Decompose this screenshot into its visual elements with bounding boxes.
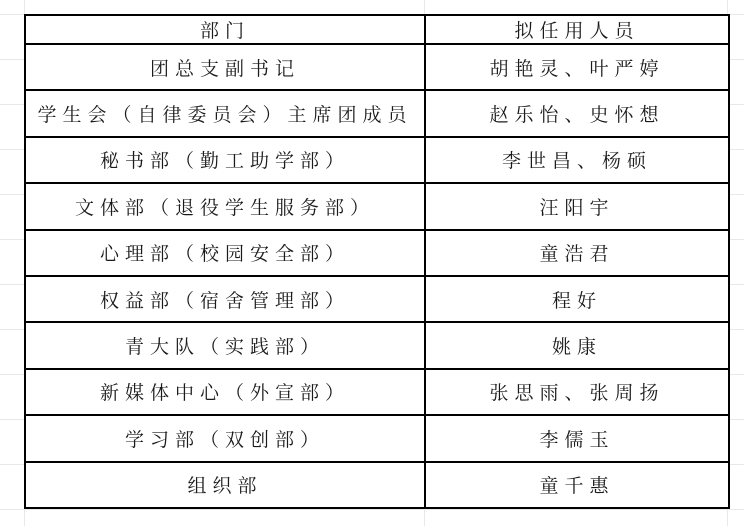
- column-header-personnel[interactable]: 拟任用人员: [425, 15, 729, 44]
- table-row: 心理部（校园安全部） 童浩君: [25, 230, 729, 276]
- department-cell[interactable]: 青大队（实践部）: [25, 322, 425, 368]
- department-cell[interactable]: 团总支副书记: [25, 44, 425, 90]
- department-cell[interactable]: 学习部（双创部）: [25, 415, 425, 461]
- table-row: 新媒体中心（外宣部） 张思雨、张周扬: [25, 369, 729, 415]
- personnel-cell[interactable]: 胡艳灵、叶严婷: [425, 44, 729, 90]
- department-cell[interactable]: 组织部: [25, 462, 425, 508]
- department-cell[interactable]: 文体部（退役学生服务部）: [25, 183, 425, 229]
- department-cell[interactable]: 新媒体中心（外宣部）: [25, 369, 425, 415]
- table-row: 文体部（退役学生服务部） 汪阳宇: [25, 183, 729, 229]
- table-row: 秘书部（勤工助学部） 李世昌、杨硕: [25, 137, 729, 183]
- personnel-cell[interactable]: 姚康: [425, 322, 729, 368]
- personnel-cell[interactable]: 汪阳宇: [425, 183, 729, 229]
- personnel-cell[interactable]: 张思雨、张周扬: [425, 369, 729, 415]
- table-header-row: 部门 拟任用人员: [25, 15, 729, 44]
- table-row: 权益部（宿舍管理部） 程好: [25, 276, 729, 322]
- personnel-cell[interactable]: 童千惠: [425, 462, 729, 508]
- table-row: 组织部 童千惠: [25, 462, 729, 508]
- appointment-table: 部门 拟任用人员 团总支副书记 胡艳灵、叶严婷 学生会（自律委员会）主席团成员 …: [24, 14, 730, 509]
- department-cell[interactable]: 心理部（校园安全部）: [25, 230, 425, 276]
- table-row: 学习部（双创部） 李儒玉: [25, 415, 729, 461]
- personnel-cell[interactable]: 童浩君: [425, 230, 729, 276]
- table-row: 学生会（自律委员会）主席团成员 赵乐怡、史怀想: [25, 90, 729, 136]
- department-cell[interactable]: 学生会（自律委员会）主席团成员: [25, 90, 425, 136]
- table-row: 青大队（实践部） 姚康: [25, 322, 729, 368]
- spreadsheet-canvas: 部门 拟任用人员 团总支副书记 胡艳灵、叶严婷 学生会（自律委员会）主席团成员 …: [0, 0, 744, 526]
- column-header-department[interactable]: 部门: [25, 15, 425, 44]
- personnel-cell[interactable]: 李儒玉: [425, 415, 729, 461]
- department-cell[interactable]: 权益部（宿舍管理部）: [25, 276, 425, 322]
- department-cell[interactable]: 秘书部（勤工助学部）: [25, 137, 425, 183]
- table-row: 团总支副书记 胡艳灵、叶严婷: [25, 44, 729, 90]
- personnel-cell[interactable]: 李世昌、杨硕: [425, 137, 729, 183]
- personnel-cell[interactable]: 赵乐怡、史怀想: [425, 90, 729, 136]
- personnel-cell[interactable]: 程好: [425, 276, 729, 322]
